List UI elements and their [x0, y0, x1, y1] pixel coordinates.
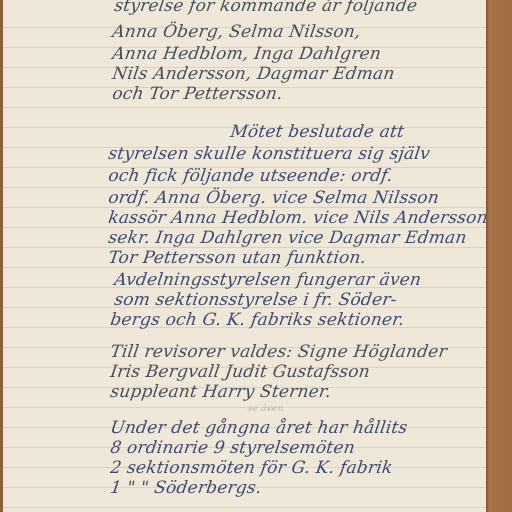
text-line: styrelsen skulle konstituera sig själv: [107, 144, 431, 164]
text-line: Under det gångna året har hållits: [109, 418, 409, 438]
text-line: som sektionsstyrelse i fr. Söder-: [113, 290, 398, 310]
margin-note: se även: [247, 404, 284, 414]
text-line: Nils Andersson, Dagmar Edman: [111, 64, 396, 84]
notebook-page: styrelse för kommande år följande Anna Ö…: [3, 0, 486, 512]
text-line: Iris Bergvall Judit Gustafsson: [109, 362, 371, 382]
text-line: sekr. Inga Dahlgren vice Dagmar Edman: [107, 228, 468, 248]
text-line: styrelse för kommande år följande: [113, 0, 419, 16]
text-line: och Tor Pettersson.: [111, 84, 284, 104]
wood-frame-right: [486, 0, 512, 512]
text-line: Mötet beslutade att: [229, 122, 406, 142]
text-line: bergs och G. K. fabriks sektioner.: [109, 310, 406, 330]
text-line: Avdelningsstyrelsen fungerar även: [113, 270, 423, 290]
text-line: 2 sektionsmöten för G. K. fabrik: [109, 458, 394, 478]
text-line: Anna Öberg, Selma Nilsson,: [111, 22, 362, 42]
text-line: Till revisorer valdes: Signe Höglander: [109, 342, 448, 362]
text-line: Tor Pettersson utan funktion.: [107, 248, 368, 268]
text-line: kassör Anna Hedblom. vice Nils Andersson: [107, 208, 489, 228]
text-line: och fick följande utseende: ordf.: [107, 166, 394, 186]
text-line: suppleant Harry Sterner.: [109, 382, 332, 402]
text-line: 8 ordinarie 9 styrelsemöten: [109, 438, 356, 458]
text-line: 1 " " Söderbergs.: [109, 478, 263, 498]
text-line: Anna Hedblom, Inga Dahlgren: [111, 44, 382, 64]
text-line: ordf. Anna Öberg. vice Selma Nilsson: [107, 188, 440, 208]
